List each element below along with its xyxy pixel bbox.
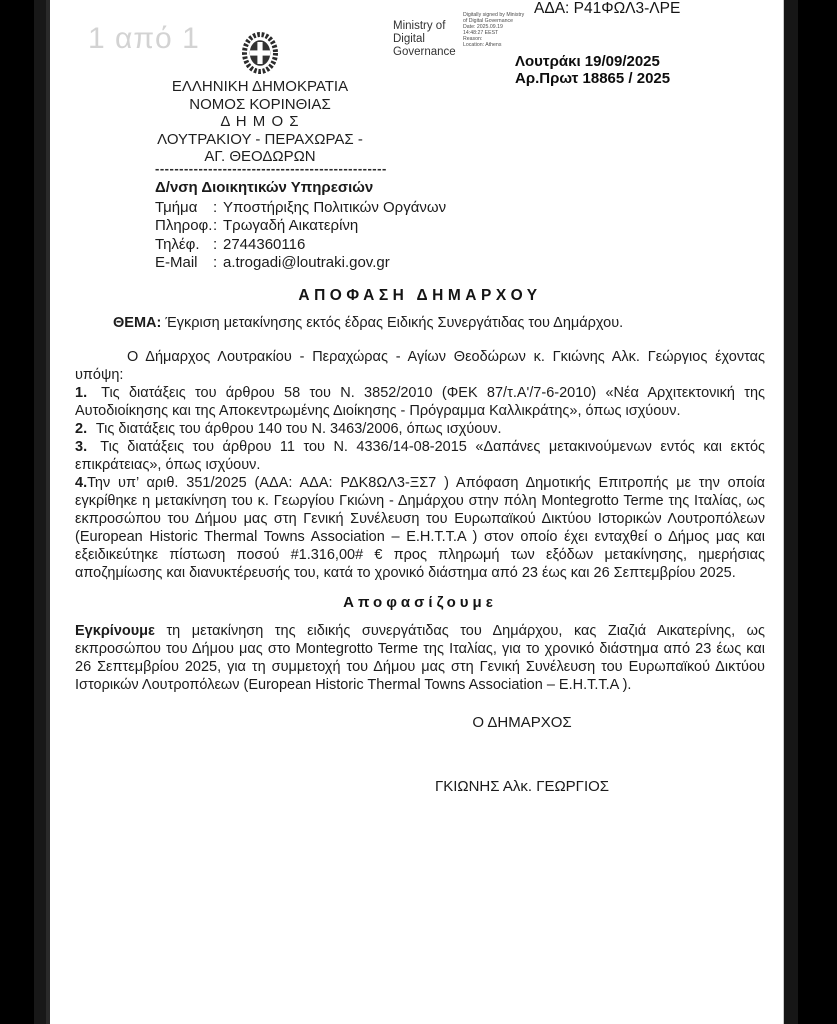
directorate-title: Δ/νση Διοικητικών Υπηρεσιών xyxy=(155,179,446,198)
contact-value: Τρωγαδή Αικατερίνη xyxy=(223,217,358,234)
legal-item-number: 3. xyxy=(75,439,92,455)
date-protocol-block: Λουτράκι 19/09/2025 Αρ.Πρωτ 18865 / 2025 xyxy=(515,53,670,87)
pdf-viewer: 1 από 1 ΑΔΑ: Ρ41ΦΩΛ3-ΛΡΕ ΕΛΛΗΝΙΚΗ ΔΗΜΟΚΡ… xyxy=(0,0,837,1024)
legal-item-text: Την υπ’ αριθ. 351/2025 (ΑΔΑ: ΑΔΑ: ΡΔΚ8ΩΛ… xyxy=(75,475,765,581)
decision-heading: Αποφασίζουμε xyxy=(75,594,765,612)
legal-item-number: 2. xyxy=(75,421,92,437)
signer-name: ΓΚΙΩΝΗΣ Αλκ. ΓΕΩΡΓΙΟΣ xyxy=(402,778,642,796)
subject-text: Έγκριση μετακίνησης εκτός έδρας Ειδικής … xyxy=(161,315,623,331)
protocol-number: Αρ.Πρωτ 18865 / 2025 xyxy=(515,70,670,87)
contact-row: Πληροφ.:Τρωγαδή Αικατερίνη xyxy=(155,217,446,236)
legal-item-number: 1. xyxy=(75,385,92,401)
signature-block: Ο ΔΗΜΑΡΧΟΣ ΓΚΙΩΝΗΣ Αλκ. ΓΕΩΡΓΙΟΣ xyxy=(402,714,642,796)
subject-label: ΘΕΜΑ: xyxy=(113,315,161,331)
legal-item: 1. Τις διατάξεις του άρθρου 58 του Ν. 38… xyxy=(75,384,765,420)
place-date: Λουτράκι 19/09/2025 xyxy=(515,53,670,70)
viewer-right-gutter xyxy=(783,0,837,1024)
decision-lead: Εγκρίνουμε xyxy=(75,623,155,639)
contact-colon: : xyxy=(213,254,223,273)
intro-paragraph: Ο Δήμαρχος Λουτρακίου - Περαχώρας - Αγίω… xyxy=(75,348,765,384)
document-body: ΘΕΜΑ: Έγκριση μετακίνησης εκτός έδρας Ει… xyxy=(75,314,765,796)
decision-text: τη μετακίνηση της ειδικής συνεργάτιδας τ… xyxy=(75,623,765,693)
page-indicator: 1 από 1 xyxy=(88,22,200,56)
issuer-line: ΛΟΥΤΡΑΚΙΟΥ - ΠΕΡΑΧΩΡΑΣ - xyxy=(110,131,410,149)
digital-signature-authority: Ministry of Digital Governance xyxy=(393,20,456,59)
contact-row: Τηλέφ.:2744360116 xyxy=(155,236,446,255)
contact-colon: : xyxy=(213,199,223,218)
document-page[interactable]: ΑΔΑ: Ρ41ΦΩΛ3-ΛΡΕ ΕΛΛΗΝΙΚΗ ΔΗΜΟΚΡΑΤΙΑ ΝΟΜ… xyxy=(50,0,783,1024)
stamp-authority-line: Governance xyxy=(393,46,456,59)
legal-item-text: Τις διατάξεις του άρθρου 58 του Ν. 3852/… xyxy=(75,385,765,419)
contact-colon: : xyxy=(213,217,223,236)
dashed-separator: ----------------------------------------… xyxy=(155,161,395,176)
decision-paragraph: Εγκρίνουμε τη μετακίνηση της ειδικής συν… xyxy=(75,622,765,694)
stamp-detail-line: Location: Athens xyxy=(463,42,578,48)
contact-label: Πληροφ. xyxy=(155,217,213,236)
contact-colon: : xyxy=(213,236,223,255)
legal-item-number: 4. xyxy=(75,475,87,491)
stamp-authority-line: Digital xyxy=(393,33,456,46)
legal-item: 4.Την υπ’ αριθ. 351/2025 (ΑΔΑ: ΑΔΑ: ΡΔΚ8… xyxy=(75,474,765,582)
contact-label: Τηλέφ. xyxy=(155,236,213,255)
subject-line: ΘΕΜΑ: Έγκριση μετακίνησης εκτός έδρας Ει… xyxy=(75,314,765,332)
decision-title: ΑΠΟΦΑΣΗ ΔΗΜΑΡΧΟΥ xyxy=(75,287,765,305)
issuer-line: Δ Η Μ Ο Σ xyxy=(110,113,410,131)
legal-item-text: Τις διατάξεις του άρθρου 11 του Ν. 4336/… xyxy=(75,439,765,473)
contact-value: Υποστήριξης Πολιτικών Οργάνων xyxy=(223,199,446,216)
legal-item: 3. Τις διατάξεις του άρθρου 11 του Ν. 43… xyxy=(75,438,765,474)
contact-label: Τμήμα xyxy=(155,199,213,218)
legal-item: 2. Τις διατάξεις του άρθρου 140 του Ν. 3… xyxy=(75,420,765,438)
issuer-line: ΝΟΜΟΣ ΚΟΡΙΝΘΙΑΣ xyxy=(110,96,410,114)
email-value: a.trogadi@loutraki.gov.gr xyxy=(223,254,390,271)
contact-label: E-Mail xyxy=(155,254,213,273)
contact-row: E-Mail:a.trogadi@loutraki.gov.gr xyxy=(155,254,446,273)
stamp-authority-line: Ministry of xyxy=(393,20,456,33)
department-block: Δ/νση Διοικητικών Υπηρεσιών Τμήμα:Υποστή… xyxy=(155,179,446,273)
legal-item-text: Τις διατάξεις του άρθρου 140 του Ν. 3463… xyxy=(92,421,501,437)
contact-row: Τμήμα:Υποστήριξης Πολιτικών Οργάνων xyxy=(155,199,446,218)
viewer-left-gutter xyxy=(0,0,50,1024)
contact-value: 2744360116 xyxy=(223,236,305,253)
greek-republic-emblem-icon xyxy=(237,32,283,74)
signer-title: Ο ΔΗΜΑΡΧΟΣ xyxy=(402,714,642,732)
issuer-line: ΕΛΛΗΝΙΚΗ ΔΗΜΟΚΡΑΤΙΑ xyxy=(110,78,410,96)
